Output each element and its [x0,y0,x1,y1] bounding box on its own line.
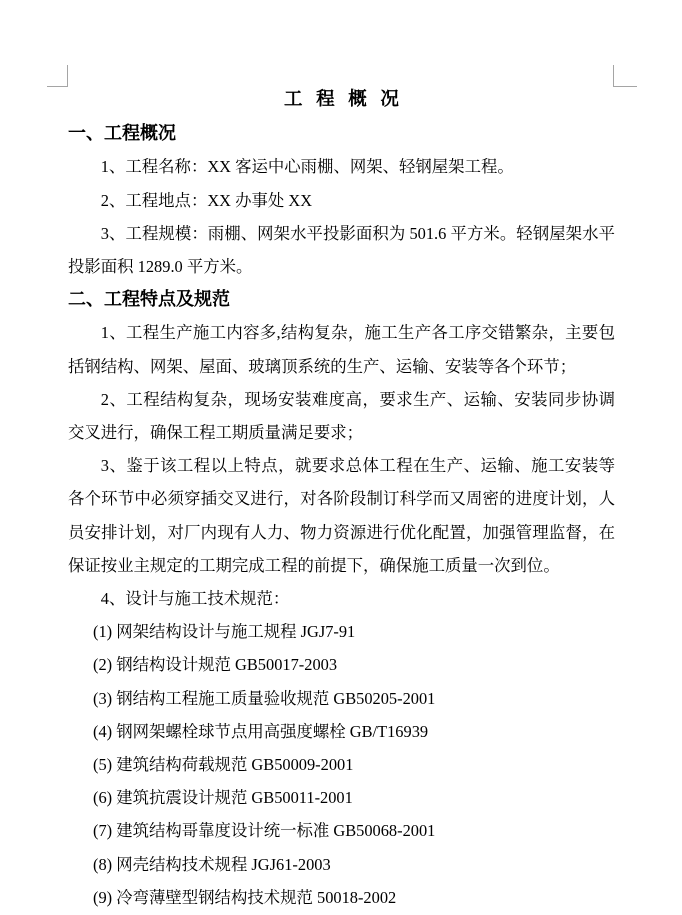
page-margin-mark-top-left [47,65,68,87]
page-margin-mark-top-right [613,65,637,87]
section-2-heading: 二、工程特点及规范 [68,283,615,316]
standard-list-item-5: (5) 建筑结构荷载规范 GB50009-2001 [93,748,615,781]
project-scale-paragraph: 3、工程规模：雨棚、网架水平投影面积为 501.6 平方米。轻钢屋架水平投影面积… [68,217,615,283]
section-1-heading: 一、工程概况 [68,117,615,150]
standard-list-item-8: (8) 网壳结构技术规程 JGJ61-2003 [93,848,615,881]
standard-list-item-7: (7) 建筑结构哥靠度设计统一标准 GB50068-2001 [93,814,615,847]
standards-intro-paragraph: 4、设计与施工技术规范： [68,582,615,615]
feature-paragraph-2: 2、工程结构复杂，现场安装难度高，要求生产、运输、安装同步协调交叉进行，确保工程… [68,383,615,449]
standard-list-item-6: (6) 建筑抗震设计规范 GB50011-2001 [93,781,615,814]
feature-paragraph-1: 1、工程生产施工内容多,结构复杂，施工生产各工序交错繁杂，主要包括钢结构、网架、… [68,316,615,382]
document-page: 工 程 概 况 一、工程概况 1、工程名称：XX 客运中心雨棚、网架、轻钢屋架工… [0,0,682,915]
feature-paragraph-3: 3、鉴于该工程以上特点，就要求总体工程在生产、运输、施工安装等各个环节中必须穿插… [68,449,615,582]
project-name-paragraph: 1、工程名称：XX 客运中心雨棚、网架、轻钢屋架工程。 [68,150,615,183]
standard-list-item-3: (3) 钢结构工程施工质量验收规范 GB50205-2001 [93,682,615,715]
standard-list-item-1: (1) 网架结构设计与施工规程 JGJ7-91 [93,615,615,648]
document-title: 工 程 概 况 [68,84,615,117]
project-location-paragraph: 2、工程地点：XX 办事处 XX [68,184,615,217]
document-content: 工 程 概 况 一、工程概况 1、工程名称：XX 客运中心雨棚、网架、轻钢屋架工… [68,84,615,914]
standard-list-item-2: (2) 钢结构设计规范 GB50017-2003 [93,648,615,681]
standard-list-item-9: (9) 冷弯薄壁型钢结构技术规范 50018-2002 [93,881,615,914]
standard-list-item-4: (4) 钢网架螺栓球节点用高强度螺栓 GB/T16939 [93,715,615,748]
